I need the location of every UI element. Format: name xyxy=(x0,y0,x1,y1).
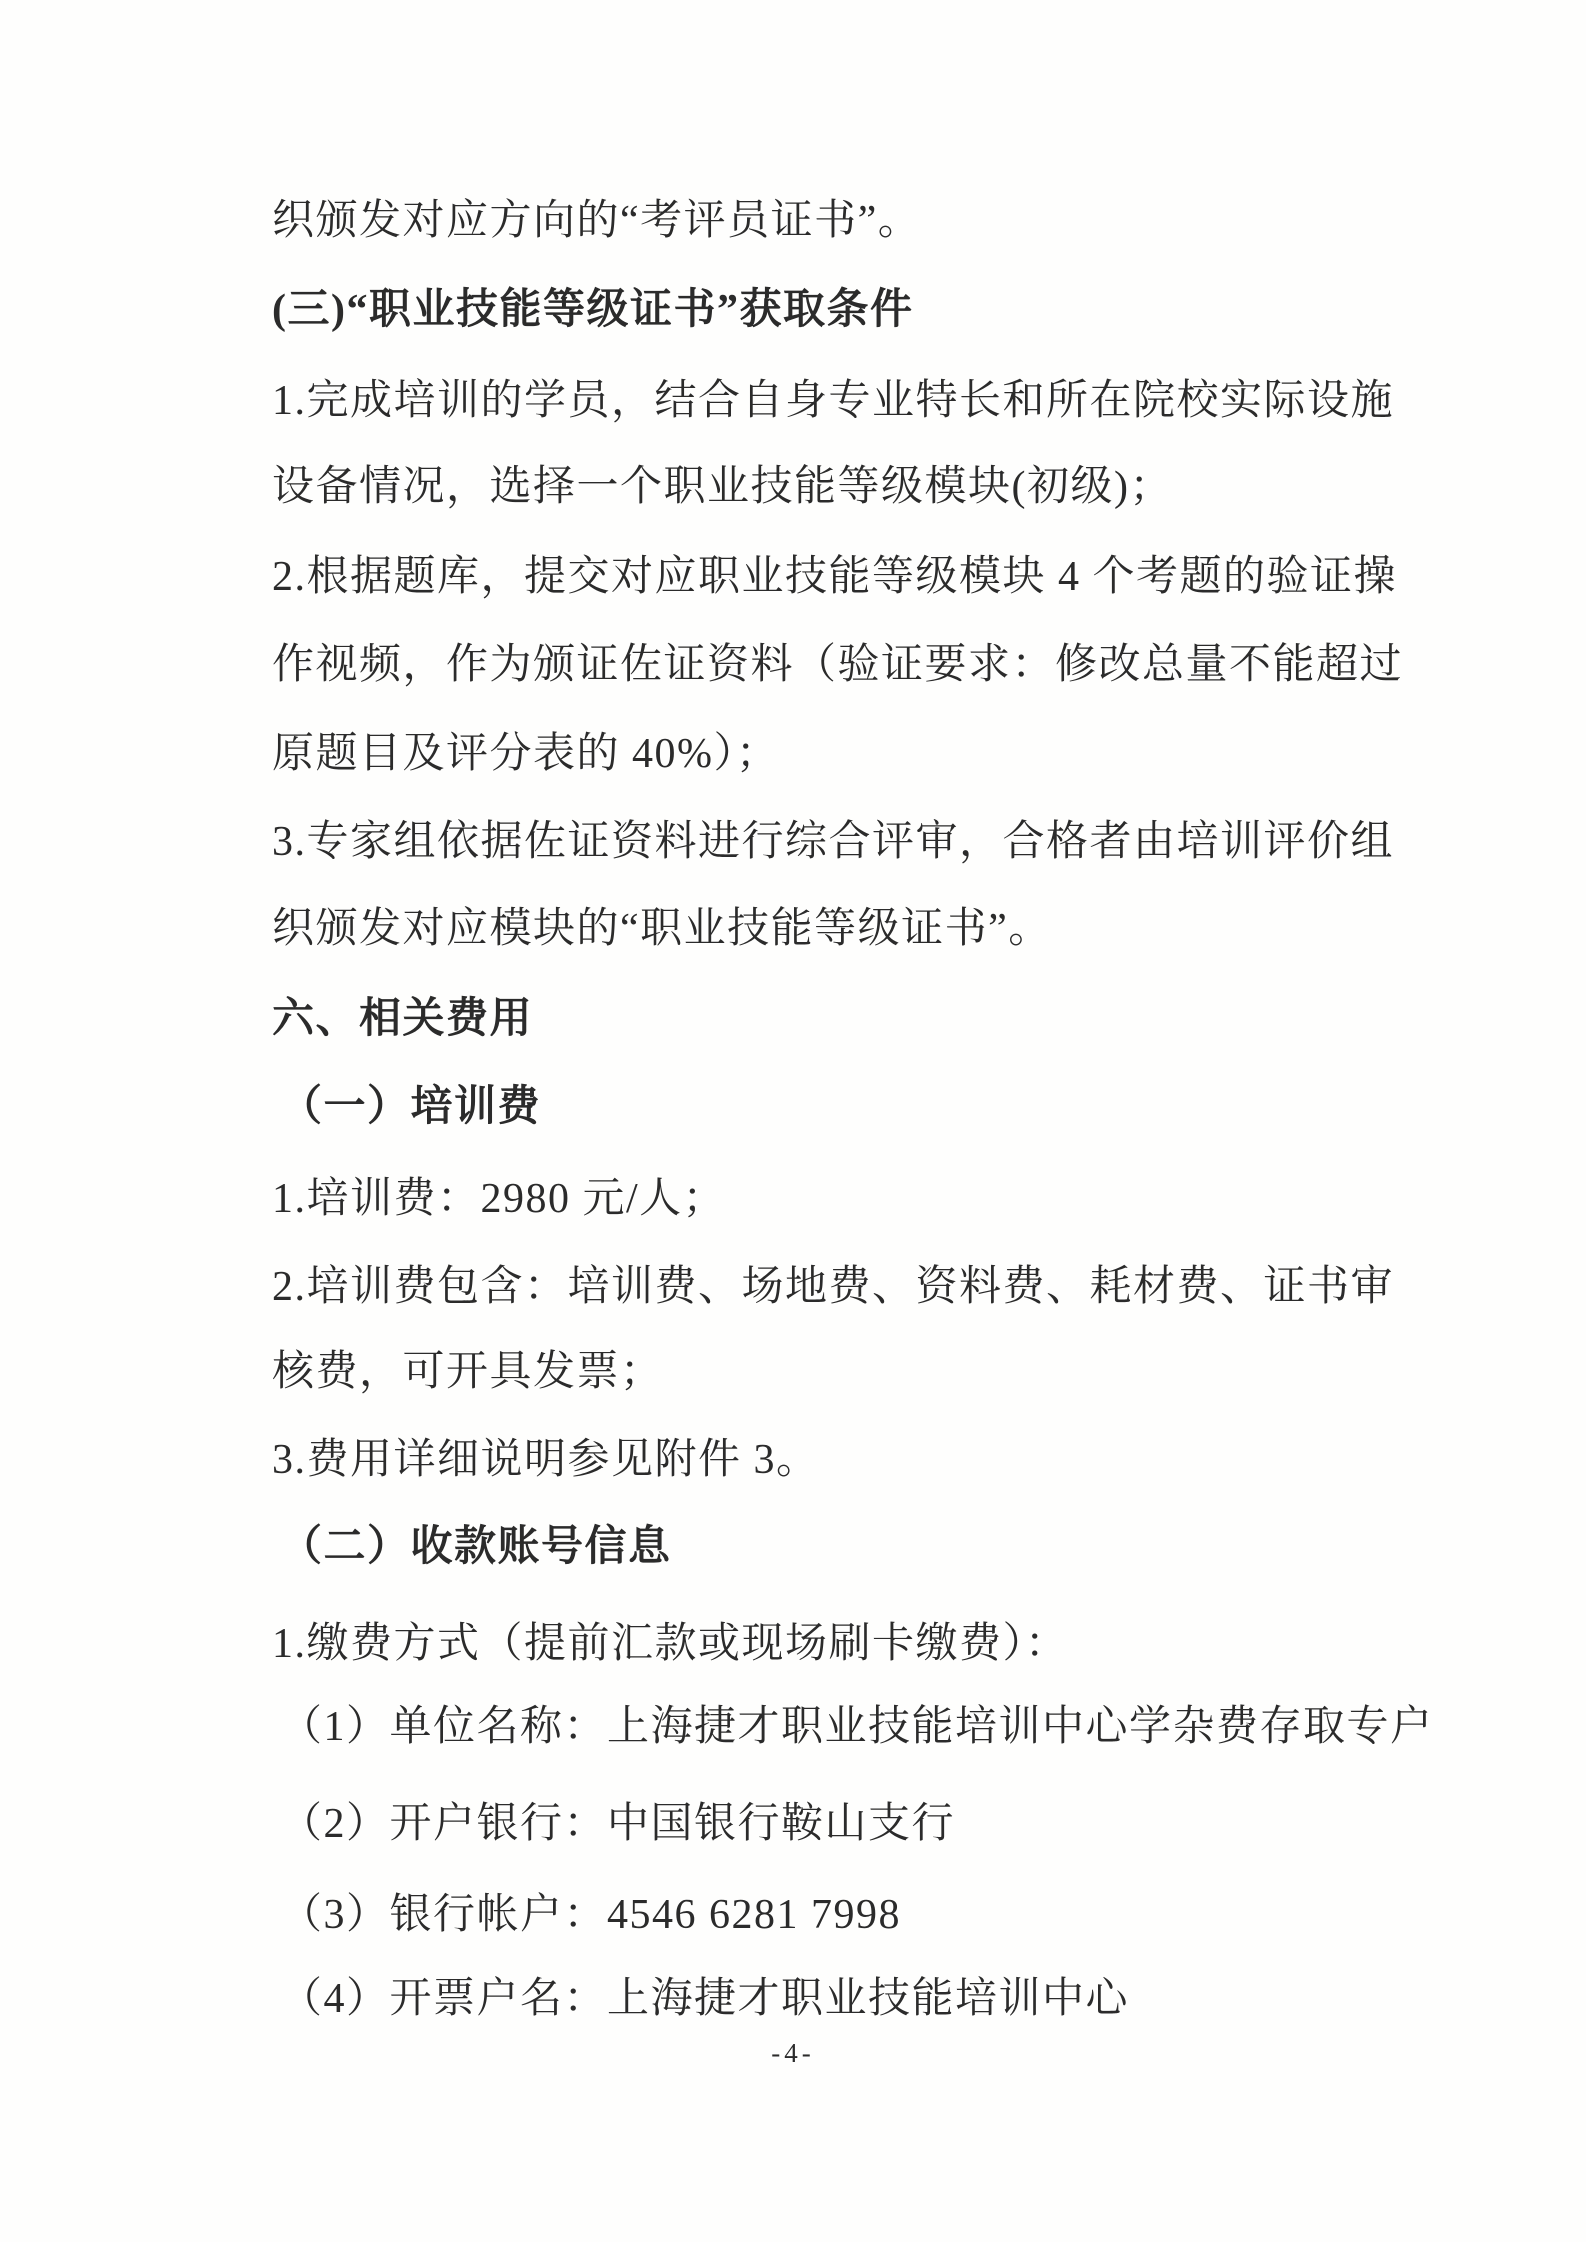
account-number: （3）银行帐户：4546 6281 7998 xyxy=(280,1891,901,1941)
fee-includes-continued: 核费，可开具发票； xyxy=(272,1348,664,1398)
item-1-continued: 设备情况，选择一个职业技能等级模块(初级)； xyxy=(272,463,1173,513)
document-page: 织颁发对应方向的“考评员证书”。 (三)“职业技能等级证书”获取条件 1.完成培… xyxy=(0,0,1586,2242)
item-3-expert-review: 3.专家组依据佐证资料进行综合评审，合格者由培训评价组 xyxy=(272,818,1394,868)
fee-amount: 1.培训费：2980 元/人； xyxy=(272,1175,726,1225)
item-2-submit-exam-videos: 2.根据题库，提交对应职业技能等级模块 4 个考题的验证操 xyxy=(272,553,1397,603)
fee-details-attachment: 3.费用详细说明参见附件 3。 xyxy=(272,1436,820,1486)
payment-method: 1.缴费方式（提前汇款或现场刷卡缴费）： xyxy=(272,1620,1069,1670)
line-cert-issuance-end: 织颁发对应方向的“考评员证书”。 xyxy=(272,197,921,247)
invoice-account-name: （4）开票户名：上海捷才职业技能培训中心 xyxy=(280,1975,1129,2025)
fee-includes: 2.培训费包含：培训费、场地费、资料费、耗材费、证书审 xyxy=(272,1263,1394,1313)
item-2-continued-2: 原题目及评分表的 40%）； xyxy=(272,730,780,780)
heading-payment-account-info: （二）收款账号信息 xyxy=(280,1523,672,1573)
account-bank: （2）开户银行：中国银行鞍山支行 xyxy=(280,1800,955,1850)
account-unit-name: （1）单位名称：上海捷才职业技能培训中心学杂费存取专户 xyxy=(280,1703,1434,1753)
heading-training-fee: （一）培训费 xyxy=(280,1083,541,1133)
item-2-continued: 作视频，作为颁证佐证资料（验证要求：修改总量不能超过 xyxy=(272,641,1403,691)
heading-related-fees: 六、相关费用 xyxy=(272,995,533,1045)
item-1-complete-training: 1.完成培训的学员，结合自身专业特长和所在院校实际设施 xyxy=(272,377,1394,427)
item-3-continued: 织颁发对应模块的“职业技能等级证书”。 xyxy=(272,905,1052,955)
heading-skill-cert-conditions: (三)“职业技能等级证书”获取条件 xyxy=(272,286,913,336)
page-number: -4- xyxy=(0,2038,1586,2069)
